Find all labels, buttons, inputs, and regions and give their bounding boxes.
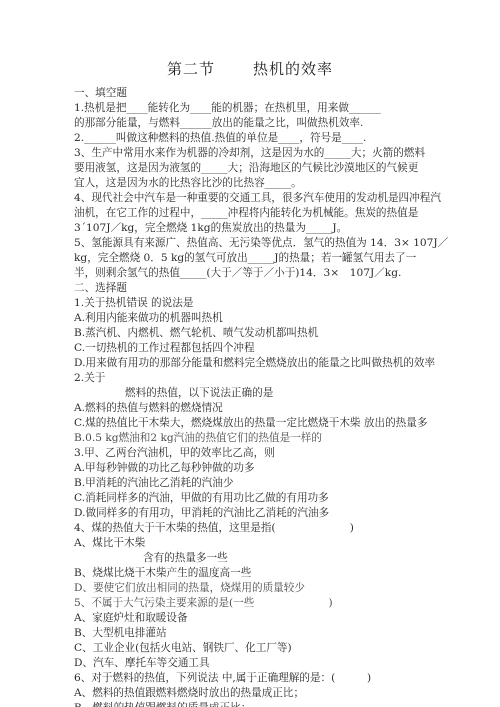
question-text: 燃料的热值，以下说法正确的是	[125, 386, 273, 400]
question-text: 5、不属于大气污染主要来源的是(一些 )	[74, 596, 333, 610]
question-text: 半，则剩余氢气的热值_____(大于／等于／小于)14．3× 107J／kg.	[74, 266, 401, 280]
section-number: 第二节	[167, 60, 215, 78]
question-text: 要用液氢，这是因为液氢的_____大；沿海地区的气候比沙漠地区的气候更	[74, 161, 418, 175]
option-text: D、要使它们放出相同的热量，烧煤用的质量较少	[74, 581, 305, 595]
option-text: A.燃料的热值与燃料的燃烧情况	[74, 401, 223, 415]
option-text: B、燃料的热值跟燃料的质量成正比；	[74, 701, 251, 707]
question-text: 1.热机是把____能转化为____能的机器；在热机里，用来做______	[74, 101, 381, 115]
option-text: D.做同样多的有用功，甲消耗的汽油比乙消耗的汽油多	[74, 506, 329, 520]
option-text: 含有的热量多一些	[143, 551, 228, 565]
option-text: D.用来做有用功的那部分能量和燃料完全燃烧放出的能量之比叫做热机的效率	[74, 356, 435, 370]
heading-fill-blank: 一、填空题	[74, 86, 127, 100]
option-text: A.利用内能来做功的机器叫热机	[74, 311, 223, 325]
page-title: 第二节热机的效率	[0, 58, 500, 79]
option-text: B.甲消耗的汽油比乙消耗的汽油少	[74, 476, 233, 490]
option-text: C.一切热机的工作过程都包括四个冲程	[74, 341, 255, 355]
question-text: 5、氢能源具有来源广、热值高、无污染等优点．氢气的热值为 14．3× 107J／	[74, 236, 448, 250]
option-text: B、大型机电排灌站	[74, 626, 167, 640]
question-text: 1.关于热机错误 的说法是	[74, 296, 193, 310]
question-text: 2.关于	[74, 371, 105, 385]
option-text: A、燃料的热值跟燃料燃烧时放出的热量成正比；	[74, 686, 304, 700]
question-text: 4、煤的热值大于干木柴的热值，这里是指( )	[74, 521, 354, 535]
option-text: B.蒸汽机、内燃机、燃气轮机、喷气发动机都叫热机	[74, 326, 318, 340]
question-text: 油机，在它工作的过程中，_____冲程将内能转化为机械能。焦炭的热值是	[74, 206, 418, 220]
question-text: kg，完全燃烧 0．5 kg的氢气可放出_____J的热量；若一罐氢气用去了一	[74, 251, 416, 265]
question-text: 3.甲、乙两台汽油机，甲的效率比乙高，则	[74, 446, 275, 460]
option-text: B、烧煤比烧干木柴产生的温度高一些	[74, 566, 251, 580]
question-text: 宜人，这是因为水的比热容比沙的比热容_____。	[74, 176, 302, 190]
option-text: A.甲每秒钟做的功比乙每秒钟做的功多	[74, 461, 255, 475]
document-page: 第二节热机的效率 一、填空题 1.热机是把____能转化为____能的机器；在热…	[0, 0, 500, 707]
heading-multiple-choice: 二、选择题	[74, 281, 127, 295]
question-text: 的那部分能量，与燃料______放出的能量之比，叫做热机效率.	[74, 116, 363, 130]
option-text: A、家庭炉灶和取暖设备	[74, 611, 188, 625]
option-text: A、煤比干木柴	[74, 536, 145, 550]
option-text: D、汽车、摩托车等交通工具	[74, 656, 210, 670]
question-text: 2.______叫做这种燃料的热值.热值的单位是____，符号是____.	[74, 131, 366, 145]
option-text: C.煤的热值比干木柴大，燃烧煤放出的热量一定比燃烧干木柴 放出的热量多	[74, 416, 427, 430]
section-title: 热机的效率	[253, 60, 333, 78]
question-text: 3´107J／kg，完全燃烧 1kg的焦炭放出的热量为_____J。	[74, 221, 347, 235]
question-text: 4、现代社会中汽车是一种重要的交通工具，很多汽车使用的发动机是四冲程汽	[74, 191, 441, 205]
option-text: C、工业企业(包括火电站、钢铁厂、化工厂等)	[74, 641, 292, 655]
option-text: B.0.5 kg燃油和2 kg汽油的热值它们的热值是一样的	[74, 431, 322, 445]
question-text: 6、对于燃料的热值，下列说法 中,属于正确理解的是：( )	[74, 671, 371, 685]
option-text: C.消耗同样多的汽油，甲做的有用功比乙做的有用功多	[74, 491, 329, 505]
question-text: 3、生产中常用水来作为机器的冷却剂，这是因为水的_____大；火箭的燃料	[74, 146, 425, 160]
